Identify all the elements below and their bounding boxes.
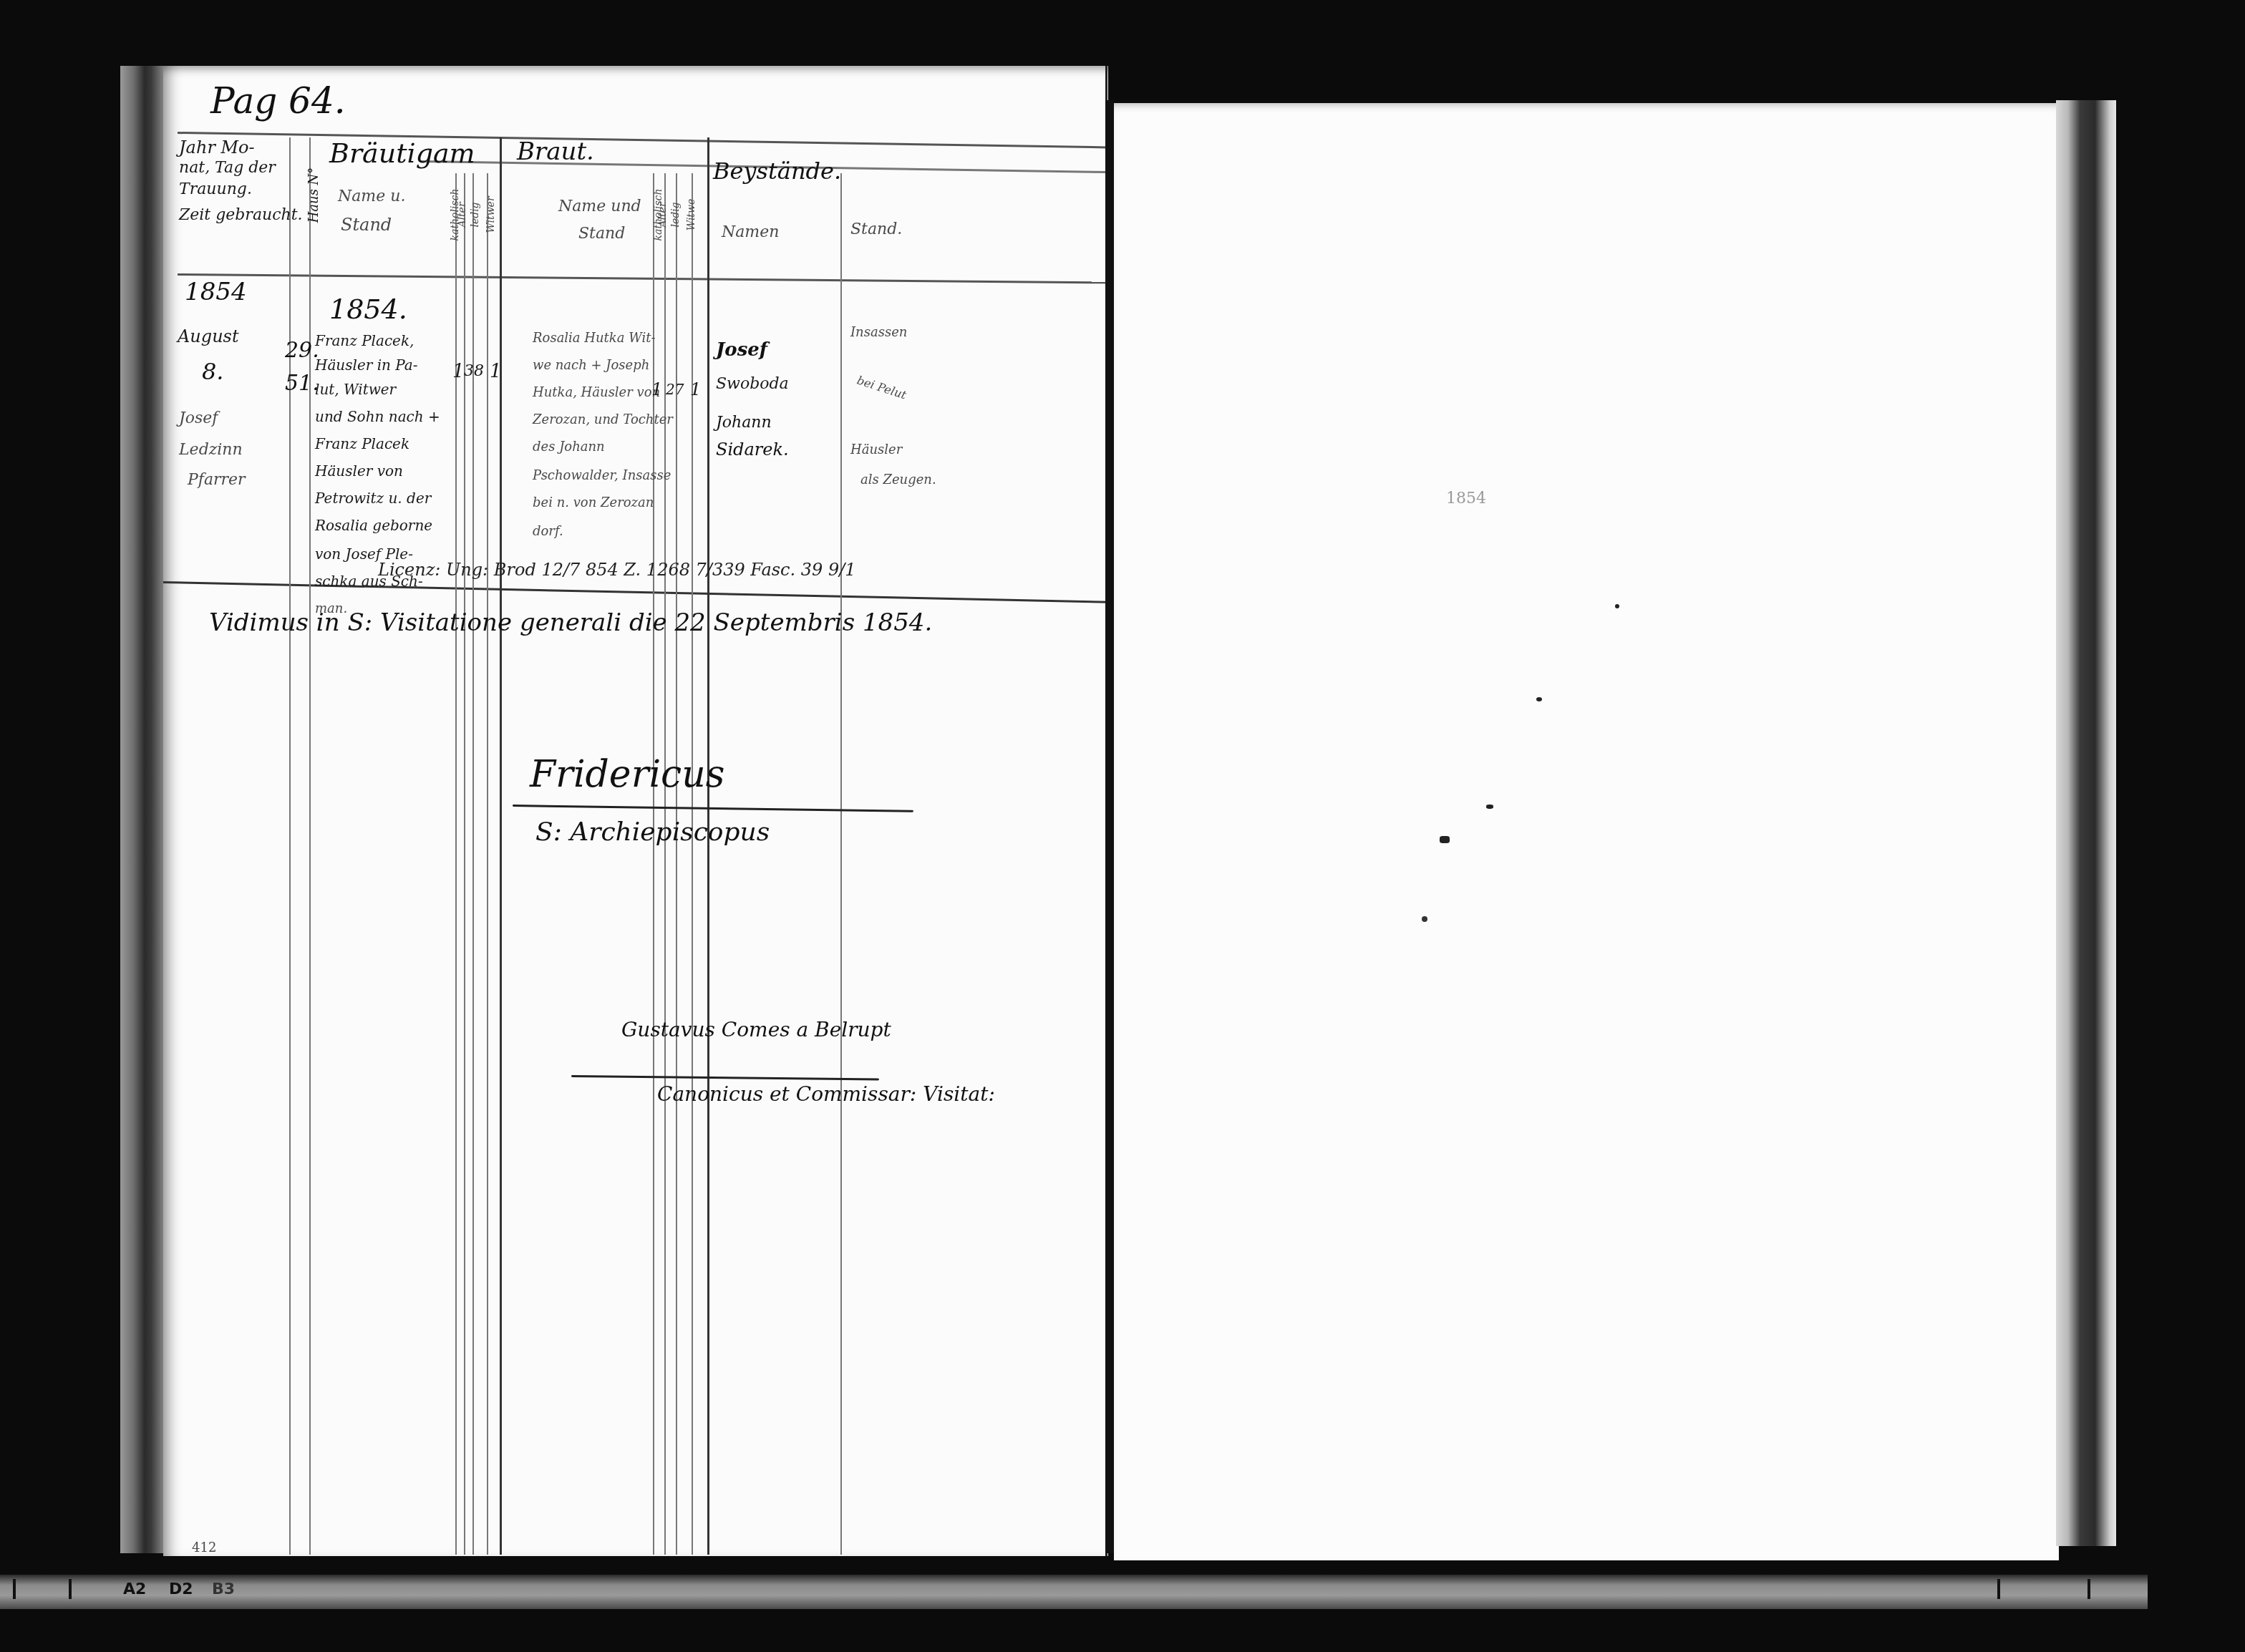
bride-line-6: Pschowalder, Insasse (533, 468, 671, 483)
ruler-label-b3: B3 (212, 1580, 235, 1598)
groom-line-5: Franz Placek (315, 435, 409, 452)
ink-speck (1422, 916, 1427, 922)
header-bride-name: Name und (558, 198, 641, 215)
header-groom-sub-3: ledig (470, 202, 481, 227)
groom-widower: 1 (490, 361, 502, 382)
groom-line-3: lut, Witwer (315, 381, 396, 398)
entry-house-1: 29. (285, 338, 319, 363)
left-page: Pag 64. Jahr Mo- nat, Tag der Trauung. Z… (163, 66, 1108, 1556)
witness-status-2: bei Pelut (855, 373, 908, 402)
commissioner-signature-title: Canonicus et Commissar: Visitat: (657, 1082, 995, 1106)
header-bride-sub-3: ledig (670, 202, 682, 227)
header-witness-status: Stand. (850, 220, 902, 238)
col-line-6 (487, 173, 488, 1555)
header-date-line1: Jahr Mo- (179, 137, 255, 157)
right-binding (2056, 100, 2116, 1546)
entry-groom-year: 1854. (329, 293, 407, 325)
visitation-note: Vidimus in S: Visitatione generali die 2… (209, 608, 932, 637)
groom-line-2: Häusler in Pa- (315, 356, 418, 374)
header-bride-sub-2: Alter (657, 202, 669, 227)
bride-line-2: we nach + Joseph (533, 358, 649, 373)
witness-status-4: als Zeugen. (860, 472, 936, 487)
ruler-tick (69, 1579, 72, 1599)
groom-line-1: Franz Placek, (315, 332, 414, 349)
bride-line-3: Hutka, Häusler von (533, 385, 660, 400)
header-witness-name: Namen (722, 223, 779, 241)
scan-ruler: A2 D2 B3 (0, 1575, 2148, 1609)
header-groom-sub-2: Alter (457, 202, 468, 227)
right-page-faint-mark: 1854 (1446, 490, 1486, 507)
header-date-line3: Trauung. (179, 180, 252, 198)
commissioner-signature-name: Gustavus Comes a Belrupt (621, 1018, 891, 1041)
header-groom-status: Stand (341, 215, 392, 235)
entry-officiant-1: Josef (179, 409, 218, 427)
archbishop-signature-title: S: Archiepiscopus (535, 817, 770, 847)
entry-officiant-2: Ledzinn (179, 441, 243, 459)
ink-speck (1615, 604, 1619, 608)
header-bride-status: Stand (578, 225, 625, 243)
header-witnesses: Beystände. (713, 157, 841, 185)
archbishop-signature-name: Fridericus (530, 753, 724, 796)
margin-number: 412 (192, 1540, 216, 1555)
groom-line-8: Rosalia geborne (315, 517, 432, 534)
license-note: Licenz: Ung: Brod 12/7 854 Z. 1268 7/339… (378, 560, 856, 580)
header-bride-sub-4: Witwe (686, 199, 697, 231)
header-date-line4: Zeit gebraucht. (179, 206, 303, 224)
right-page: 1854 (1114, 103, 2059, 1560)
groom-catholic: 1 (452, 361, 465, 382)
witness-name-1a: Josef (716, 339, 767, 361)
bride-widow: 1 (690, 379, 701, 399)
entry-officiant-3: Pfarrer (188, 471, 246, 489)
ruler-tick (1997, 1579, 2000, 1599)
witness-status-1: Insassen (850, 325, 907, 340)
ink-speck (1440, 836, 1450, 843)
bride-line-1: Rosalia Hutka Wit- (533, 331, 655, 346)
witness-name-1b: Swoboda (716, 375, 789, 393)
commissioner-flourish (571, 1075, 879, 1081)
header-date-line2: nat, Tag der (179, 159, 276, 177)
ruler-tick (13, 1579, 16, 1599)
groom-line-4: und Sohn nach + (315, 408, 440, 425)
left-binding (120, 66, 165, 1553)
archbishop-flourish (513, 805, 913, 812)
groom-line-6: Häusler von (315, 462, 403, 480)
header-bottom-rule (178, 273, 1108, 283)
col-line-7 (500, 137, 502, 1555)
bride-line-5: des Johann (533, 439, 605, 455)
bride-line-7: bei n. von Zerozan (533, 495, 654, 510)
header-bride: Braut. (517, 137, 594, 166)
groom-line-7: Petrowitz u. der (315, 490, 431, 507)
header-house: Haus N° (306, 167, 321, 223)
bride-line-4: Zerozan, und Tochter (533, 412, 673, 427)
ruler-tick (2088, 1579, 2090, 1599)
entry-year: 1854 (185, 278, 247, 306)
book-gutter (1105, 100, 1114, 1553)
col-line-5 (472, 173, 474, 1555)
header-groom-name: Name u. (338, 188, 405, 205)
ruler-label-d2: D2 (169, 1580, 193, 1598)
groom-age: 38 (464, 362, 484, 380)
witness-name-2a: Johann (716, 414, 772, 432)
page-label: Pag 64. (210, 80, 346, 122)
bride-line-8: dorf. (533, 524, 563, 539)
ruler-label-a2: A2 (123, 1580, 146, 1598)
header-top-rule (178, 132, 1108, 148)
header-groom: Bräutigam (329, 137, 475, 169)
entry-house-2: 51. (285, 371, 319, 396)
ink-speck (1536, 697, 1542, 701)
bride-age: 27 (666, 381, 684, 398)
entry-month: August (178, 326, 239, 346)
header-groom-sub-4: Witwer (485, 196, 497, 233)
witness-name-2b: Sidarek. (716, 439, 789, 460)
entry-day: 8. (202, 358, 224, 385)
bride-catholic: 1 (651, 379, 662, 399)
witness-status-3: Häusler (850, 442, 902, 457)
col-line-13 (840, 173, 842, 1555)
ink-speck (1486, 805, 1493, 809)
